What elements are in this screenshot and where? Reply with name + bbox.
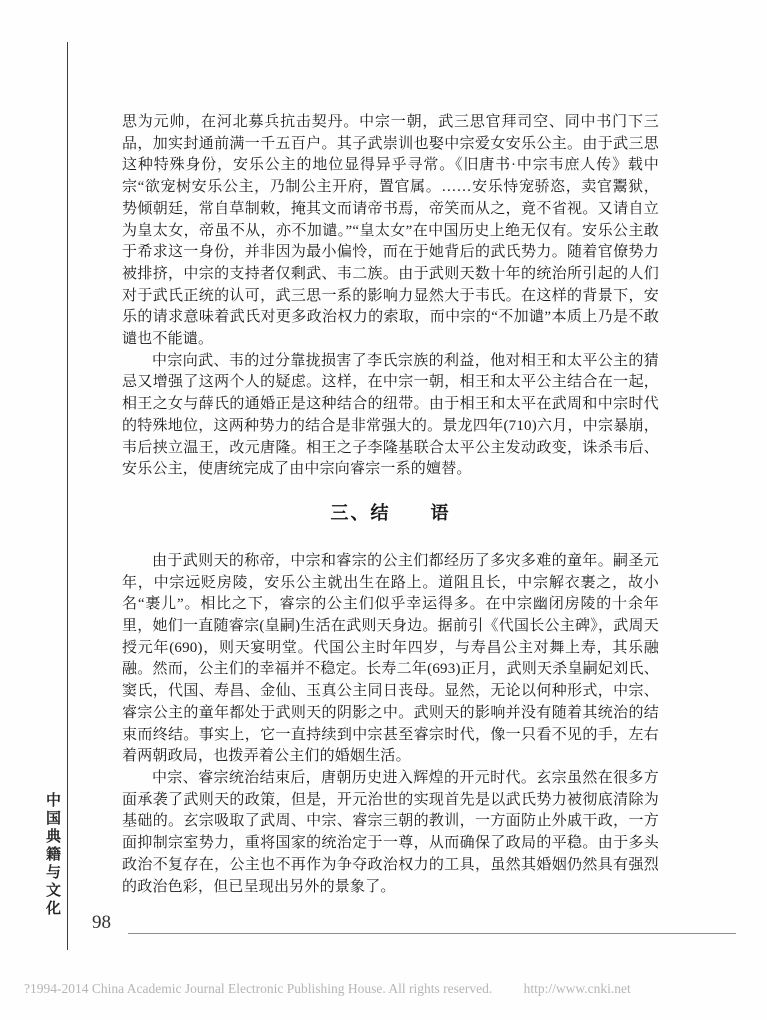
footer-rule [128,933,736,934]
article-body: 思为元帅，在河北募兵抗击契丹。中宗一朝，武三思官拜司空、同中书门下三品，加实封通… [122,112,659,898]
left-margin-rule [67,42,68,950]
cnki-url: http://www.cnki.net [524,981,631,996]
paragraph: 由于武则天的称帝，中宗和睿宗的公主们都经历了多灾多难的童年。嗣圣元年，中宗远贬房… [122,551,659,768]
copyright-text: ?1994-2014 China Academic Journal Electr… [24,981,492,996]
paragraph: 中宗向武、韦的过分靠拢损害了李氏宗族的利益，他对相王和太平公主的猜忌又增强了这两… [122,351,659,481]
page-number: 98 [92,912,111,934]
paragraph: 中宗、睿宗统治结束后，唐朝历史进入辉煌的开元时代。玄宗虽然在很多方面承袭了武则天… [122,768,659,898]
publisher-watermark: ?1994-2014 China Academic Journal Electr… [24,981,631,997]
scanned-journal-page: 思为元帅，在河北募兵抗击契丹。中宗一朝，武三思官拜司空、同中书门下三品，加实封通… [0,0,767,1020]
journal-title-vertical: 中国典籍与文化 [42,792,63,918]
section-heading: 三、结 语 [122,499,659,525]
paragraph: 思为元帅，在河北募兵抗击契丹。中宗一朝，武三思官拜司空、同中书门下三品，加实封通… [122,112,659,351]
